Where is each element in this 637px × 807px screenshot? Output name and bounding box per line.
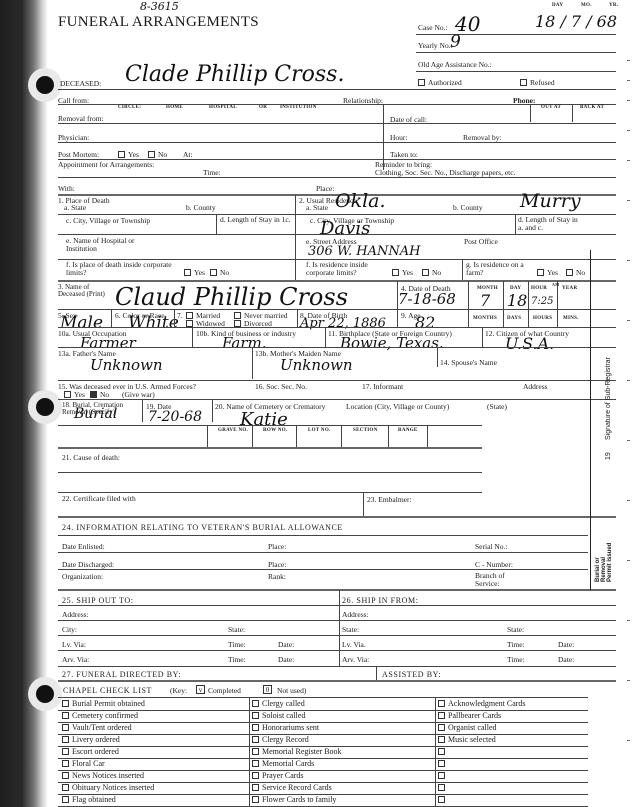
pod-state-label: a. State <box>64 203 86 212</box>
checkbox-icon[interactable] <box>438 724 445 731</box>
checklist-item[interactable] <box>438 795 448 804</box>
checklist-item-label: Honorariums sent <box>262 723 319 732</box>
race-value[interactable]: White <box>128 313 179 333</box>
checkbox-icon[interactable] <box>438 736 445 743</box>
checklist-item-label: Livery ordered <box>72 735 120 744</box>
divider <box>515 214 516 234</box>
checklist-item[interactable]: Obituary Notices inserted <box>62 783 154 792</box>
name-value[interactable]: Claud Phillip Cross <box>115 283 348 311</box>
divider <box>528 281 529 327</box>
checkbox-icon[interactable] <box>252 736 259 743</box>
yes-label: Yes <box>194 268 205 277</box>
year-prefix-label: 19 <box>605 452 612 460</box>
page-title: FUNERAL ARRANGEMENTS <box>58 14 259 31</box>
pod-length-label: d. Length of Stay in 1c. <box>220 216 292 224</box>
marital-label: 7. <box>177 311 183 320</box>
checkbox-icon[interactable] <box>438 700 445 707</box>
taken-to-label: Taken to: <box>390 150 418 159</box>
informant-label: 17. Informant <box>362 382 403 391</box>
divider <box>174 309 175 327</box>
out-arv-date-label: Date: <box>278 655 294 664</box>
in-lv-time-label: Time: <box>507 640 525 649</box>
margin-tick <box>627 440 630 441</box>
margin-tick <box>627 260 630 261</box>
res-corporate-no[interactable]: No <box>422 268 441 277</box>
divider <box>58 380 616 381</box>
res-county-label: b. County <box>453 203 483 212</box>
checklist-item-label: Music selected <box>448 735 496 744</box>
dod-value[interactable]: 7-18-68 <box>398 290 456 308</box>
checklist-item-label: Cemetery confirmed <box>72 711 138 720</box>
checklist-item[interactable]: Honorariums sent <box>252 723 319 732</box>
location-label: Location (City, Village or County) <box>346 402 449 411</box>
burial-date-value[interactable]: 7-20-68 <box>148 409 202 425</box>
checklist-item[interactable]: Music selected <box>438 735 496 744</box>
spouse-label: 14. Spouse's Name <box>440 358 497 367</box>
margin-tick <box>627 100 630 101</box>
checklist-item[interactable]: News Notices inserted <box>62 771 144 780</box>
divider <box>58 589 616 591</box>
checklist-item[interactable]: Flower Cards to family <box>252 795 336 804</box>
divider <box>58 569 588 570</box>
checklist-item[interactable]: Memorial Register Book <box>252 747 342 756</box>
address-label: Address <box>523 382 548 391</box>
res-state-value[interactable]: Okla. <box>335 190 386 212</box>
file-number: 8-3615 <box>140 0 179 13</box>
divider <box>295 195 296 280</box>
checkbox-icon[interactable] <box>438 748 445 755</box>
res-farm-no[interactable]: No <box>566 268 585 277</box>
date-discharged-label: Date Discharged: <box>62 560 114 569</box>
divider <box>58 472 482 473</box>
back-at-label: BACK AT <box>580 105 604 110</box>
checklist-item[interactable]: Soloist called <box>252 711 305 720</box>
checklist-item-label: Service Record Cards <box>262 783 332 792</box>
checklist-item[interactable] <box>438 747 448 756</box>
divider <box>58 758 588 759</box>
divider <box>416 71 616 72</box>
res-length-label: d. Length of Stay in a. and c. <box>518 216 584 232</box>
checklist-item-label: Clergy Record <box>262 735 309 744</box>
checkbox-icon[interactable] <box>62 784 69 791</box>
margin-tick <box>627 320 630 321</box>
checkbox-icon[interactable] <box>252 784 259 791</box>
home-label: HOME <box>166 105 183 110</box>
divider <box>216 214 217 234</box>
out-address-label: Address: <box>62 610 89 619</box>
res-corporate-yes[interactable]: Yes <box>392 268 413 277</box>
case-no-label: Case No.: <box>418 23 448 32</box>
yes-label: Yes <box>547 268 558 277</box>
yearly-no-value[interactable]: 9 <box>450 32 461 52</box>
time-label: Time: <box>203 168 221 177</box>
not-used-key-box: 0 <box>263 685 272 694</box>
with-label: With: <box>58 184 75 193</box>
checklist-item[interactable]: Acknowledgment Cards <box>438 699 526 708</box>
checkbox-icon[interactable] <box>62 724 69 731</box>
month-label: MO. <box>581 3 592 8</box>
checklist-item-label: Acknowledgment Cards <box>448 699 526 708</box>
checkbox-icon[interactable] <box>252 700 259 707</box>
checklist-item-label: Prayer Cards <box>262 771 304 780</box>
checklist-item-label: Clergy called <box>262 699 305 708</box>
father-value[interactable]: Unknown <box>90 356 163 374</box>
checkbox-icon[interactable] <box>252 748 259 755</box>
margin-tick <box>627 560 630 561</box>
deceased-label: DECEASED: <box>60 79 101 88</box>
organization-label: Organization: <box>62 572 103 581</box>
checklist-item-label: Soloist called <box>262 711 305 720</box>
divider <box>58 104 616 105</box>
divider <box>435 697 436 807</box>
day-value[interactable]: 18 <box>507 291 527 310</box>
key-prefix: (Key: <box>170 686 187 695</box>
reminder-text: Clothing, Soc. Sec. No., Discharge paper… <box>375 168 515 177</box>
deceased-value[interactable]: Clade Phillip Cross. <box>125 62 344 87</box>
res-county-value[interactable]: Murry <box>520 190 581 212</box>
divider <box>325 327 326 347</box>
circle-label: CIRCLE: <box>118 105 141 110</box>
checkbox-icon[interactable] <box>252 724 259 731</box>
divider <box>58 327 616 328</box>
yearly-no-label: Yearly No.: <box>418 41 453 50</box>
checklist-item[interactable]: Cemetery confirmed <box>62 711 138 720</box>
veteran-section-title: 24. INFORMATION RELATING TO VETERAN'S BU… <box>62 523 343 532</box>
hospital-label: HOSPITAL <box>209 105 237 110</box>
checklist-item-label: Memorial Register Book <box>262 747 342 756</box>
checklist-item[interactable] <box>438 771 448 780</box>
burial-state-label: (State) <box>487 402 507 411</box>
months-label: MONTHS <box>473 316 497 321</box>
row-no-label: ROW NO. <box>263 428 288 433</box>
pod-city-label: c. City, Village or Township <box>66 216 150 225</box>
divider <box>482 327 483 347</box>
cause-label: 21. Cause of death: <box>62 453 120 462</box>
checklist-title: CHAPEL CHECK LIST <box>63 686 152 695</box>
completed-key-label: Completed <box>208 686 241 695</box>
margin-tick <box>627 740 630 741</box>
divider <box>58 697 588 698</box>
res-street-value[interactable]: 306 W. HANNAH <box>308 244 421 259</box>
serial-no-label: Serial No.: <box>475 542 508 551</box>
margin-tick <box>627 680 630 681</box>
day-label: DAY <box>552 3 563 8</box>
divider <box>58 123 616 124</box>
margin-tick <box>627 130 630 131</box>
margin-tick <box>627 380 630 381</box>
margin-tick <box>627 160 630 161</box>
divider <box>58 620 616 621</box>
give-war-label: (Give war) <box>122 390 155 399</box>
in-lv-date-label: Date: <box>558 640 574 649</box>
divider <box>462 259 463 280</box>
divider <box>58 447 482 449</box>
name-label: 3. Name of Deceased (Print) <box>58 284 110 298</box>
hour-col-label: HOUR <box>531 286 547 291</box>
margin-tick <box>627 60 630 61</box>
assisted-by-title: ASSISTED BY: <box>382 670 441 679</box>
out-arv-via-label: Arv. Via: <box>62 655 89 664</box>
permit-issued-label: Burial or Removal Permit issued <box>595 542 613 582</box>
ship-in-title: 26. SHIP IN FROM: <box>342 596 419 605</box>
checkbox-icon[interactable] <box>438 796 445 803</box>
armed-yes-checkbox[interactable]: Yes <box>64 390 85 399</box>
divider <box>207 425 208 447</box>
checkbox-icon[interactable] <box>252 760 259 767</box>
no-label: No <box>100 390 109 399</box>
checklist-item-label: Organist called <box>448 723 497 732</box>
divider <box>468 281 469 327</box>
divider <box>58 309 616 310</box>
checkbox-icon[interactable] <box>252 712 259 719</box>
mother-value[interactable]: Unknown <box>280 356 353 374</box>
mins-label: MINS. <box>563 316 579 321</box>
certificate-label: 22. Certificate filed with <box>62 495 142 503</box>
divider <box>557 281 558 327</box>
divider <box>142 400 143 422</box>
res-post-office-label: Post Office <box>464 237 498 246</box>
res-corporate-label: f. Is residence inside corporate limits? <box>306 261 394 277</box>
divider <box>530 104 531 122</box>
in-arv-via-label: Arv. Via: <box>342 655 369 664</box>
divider <box>297 309 298 327</box>
date-enlisted-label: Date Enlisted: <box>62 542 105 551</box>
margin-tick <box>627 200 630 201</box>
margin-tick <box>627 80 630 81</box>
divider <box>111 309 112 327</box>
authorized-label: Authorized <box>428 78 462 87</box>
res-farm-yes[interactable]: Yes <box>537 268 558 277</box>
ship-out-title: 25. SHIP OUT TO: <box>62 596 134 605</box>
divider <box>416 52 616 53</box>
checkbox-icon[interactable] <box>62 772 69 779</box>
divider <box>58 605 616 606</box>
refused-checkbox[interactable]: Refused <box>520 78 555 87</box>
binder-hole <box>28 68 62 102</box>
in-lv-via-label: Lv. Via. <box>342 640 366 649</box>
checklist-item[interactable]: Burial Permit obtained <box>62 699 145 708</box>
checklist-item-label: Burial Permit obtained <box>72 699 145 708</box>
divider <box>249 697 250 807</box>
out-at-label: OUT AT <box>541 105 561 110</box>
divider <box>341 425 342 447</box>
birthplace-value[interactable]: Bowie, Texas. <box>340 334 444 352</box>
checklist-item[interactable]: Prayer Cards <box>252 771 304 780</box>
year-col-label: YEAR <box>562 286 577 291</box>
enlisted-place-label: Place: <box>268 542 286 551</box>
out-arv-time-label: Time: <box>228 655 246 664</box>
checklist-item[interactable]: Pallbearer Cards <box>438 711 501 720</box>
checkbox-icon[interactable] <box>62 700 69 707</box>
checkbox-icon[interactable] <box>62 748 69 755</box>
checklist-item[interactable]: Floral Car <box>62 759 105 768</box>
checkbox-icon[interactable] <box>438 784 445 791</box>
out-lv-date-label: Date: <box>278 640 294 649</box>
checkbox-icon[interactable] <box>252 772 259 779</box>
margin-tick <box>627 500 630 501</box>
grave-no-label: GRAVE NO. <box>218 428 248 433</box>
divider <box>427 425 428 447</box>
divider <box>58 535 588 536</box>
checklist-item[interactable]: Escort ordered <box>62 747 119 756</box>
divider <box>388 425 389 447</box>
in-address-label: Address: <box>342 610 369 619</box>
divider <box>58 425 482 426</box>
range-label: RANGE <box>398 428 418 433</box>
divider <box>252 347 253 379</box>
signature-sub-registrar-label: Signature of Sub-Registrar <box>605 357 612 440</box>
checklist-item[interactable]: Memorial Cards <box>252 759 314 768</box>
out-city-label: City: <box>62 625 77 634</box>
checkbox-icon[interactable] <box>252 796 259 803</box>
physician-label: Physician: <box>58 133 89 142</box>
divider <box>58 552 588 553</box>
pod-hospital-label: e. Name of Hospital or Institution <box>66 237 156 253</box>
divider <box>212 400 213 422</box>
checklist-item-label: Flag obtained <box>72 795 116 804</box>
post-mortem-label: Post Mortem: <box>58 150 99 159</box>
checklist-item[interactable]: Service Record Cards <box>252 783 332 792</box>
yes-label: Yes <box>128 150 139 159</box>
removal-from-label: Removal from: <box>58 114 104 123</box>
checklist-item-label: Pallbearer Cards <box>448 711 501 720</box>
institution-label: INSTITUTION <box>280 105 317 110</box>
post-mortem-no[interactable]: No <box>148 150 167 159</box>
divider <box>58 722 588 723</box>
hour-value[interactable]: 7:25 <box>531 296 553 307</box>
no-label: No <box>576 268 585 277</box>
branch-label: Branch of Service: <box>475 572 525 588</box>
no-label: No <box>220 268 229 277</box>
no-label: No <box>432 268 441 277</box>
checkbox-icon[interactable] <box>62 736 69 743</box>
removal-by-label: Removal by: <box>463 133 502 142</box>
divider <box>58 635 616 636</box>
in-arv-date-label: Date: <box>558 655 574 664</box>
old-age-label: Old Age Assistance No.: <box>418 60 492 69</box>
divider <box>437 347 438 367</box>
armed-no-checkbox[interactable]: No <box>90 390 109 399</box>
checklist-item-label: Escort ordered <box>72 747 119 756</box>
checklist-item-label: News Notices inserted <box>72 771 144 780</box>
checklist-item-label: Flower Cards to family <box>262 795 336 804</box>
checklist-item[interactable]: Livery ordered <box>62 735 120 744</box>
divider <box>58 280 616 282</box>
binder-hole <box>28 677 62 711</box>
out-lv-via-label: Lv. Via: <box>62 640 86 649</box>
in-arv-time-label: Time: <box>507 655 525 664</box>
divider <box>58 347 616 348</box>
embalmer-label: 23. Embalmer: <box>367 495 412 504</box>
funeral-directed-title: 27. FUNERAL DIRECTED BY: <box>62 670 181 679</box>
header-date-value[interactable]: 18 / 7 / 68 <box>535 12 617 31</box>
checklist-item-label: Floral Car <box>72 759 105 768</box>
pod-corporate-no[interactable]: No <box>210 268 229 277</box>
divider <box>252 425 253 447</box>
checklist-item[interactable]: Flag obtained <box>62 795 116 804</box>
ampm-value: AM <box>552 282 559 287</box>
hours-label: HOURS <box>533 316 552 321</box>
checklist-item[interactable]: Organist called <box>438 723 497 732</box>
year-label: YR. <box>609 3 618 8</box>
divider <box>58 516 616 518</box>
checklist-item[interactable] <box>438 783 448 792</box>
section-label: SECTION <box>353 428 378 433</box>
authorized-checkbox[interactable]: Authorized <box>418 78 462 87</box>
checklist-item[interactable]: Clergy Record <box>252 735 309 744</box>
in-state-label: State: <box>342 625 359 634</box>
checkbox-icon[interactable] <box>438 772 445 779</box>
divider <box>58 492 482 493</box>
ssn-label: 16. Soc. Sec. No. <box>255 382 307 391</box>
divider <box>363 492 364 516</box>
lot-no-label: LOT NO. <box>308 428 331 433</box>
hour-label: Hour: <box>390 133 408 142</box>
divider <box>572 104 573 122</box>
in-state2-label: State: <box>507 625 524 634</box>
checklist-item[interactable]: Vault/Tent ordered <box>62 723 132 732</box>
checkbox-icon[interactable] <box>62 712 69 719</box>
completed-key-box: v <box>196 685 205 694</box>
divider <box>58 650 616 651</box>
divider <box>192 327 193 347</box>
divider <box>503 281 504 327</box>
appointment-label: Appointment for Arrangements: <box>58 160 154 169</box>
pod-county-label: b. County <box>186 203 216 212</box>
res-farm-label: g. Is residence on a farm? <box>466 261 526 277</box>
checklist-item-label: Memorial Cards <box>262 759 314 768</box>
out-lv-time-label: Time: <box>228 640 246 649</box>
divider <box>58 666 616 667</box>
no-label: No <box>158 150 167 159</box>
res-city-value[interactable]: Davis <box>320 218 370 239</box>
checklist-item[interactable]: Clergy called <box>252 699 305 708</box>
checklist-item-label: Obituary Notices inserted <box>72 783 154 792</box>
out-state-label: State: <box>228 625 245 634</box>
at-label: At: <box>183 150 193 159</box>
res-state-label: a. State <box>306 203 328 212</box>
checklist-item-label: Vault/Tent ordered <box>72 723 132 732</box>
pod-corporate-yes[interactable]: Yes <box>184 268 205 277</box>
divider <box>58 89 616 90</box>
cemetery-value[interactable]: Katie <box>240 409 288 430</box>
or-label: OR <box>259 105 267 110</box>
divider <box>58 177 616 178</box>
refused-label: Refused <box>530 78 555 87</box>
burial-type-value[interactable]: Burial <box>74 406 117 422</box>
post-mortem-yes[interactable]: Yes <box>118 150 139 159</box>
citizen-value[interactable]: U.S.A. <box>505 334 554 353</box>
month-value[interactable]: 7 <box>480 291 490 310</box>
rank-label: Rank: <box>268 572 286 581</box>
divider <box>376 666 377 680</box>
checkbox-icon[interactable] <box>438 712 445 719</box>
place-label: Place: <box>316 184 334 193</box>
margin-line <box>590 250 591 590</box>
divider <box>58 680 616 682</box>
c-number-label: C - Number: <box>475 560 513 569</box>
checklist-item[interactable] <box>438 759 448 768</box>
yes-label: Yes <box>74 390 85 399</box>
pod-corporate-label: f. Is place of death inside corporate li… <box>66 261 186 277</box>
checkbox-icon[interactable] <box>438 760 445 767</box>
divider <box>58 734 588 735</box>
checkbox-icon[interactable] <box>62 760 69 767</box>
checkbox-icon[interactable] <box>62 796 69 803</box>
divider <box>339 590 340 667</box>
binder-hole <box>28 390 62 424</box>
discharged-place-label: Place: <box>268 560 286 569</box>
